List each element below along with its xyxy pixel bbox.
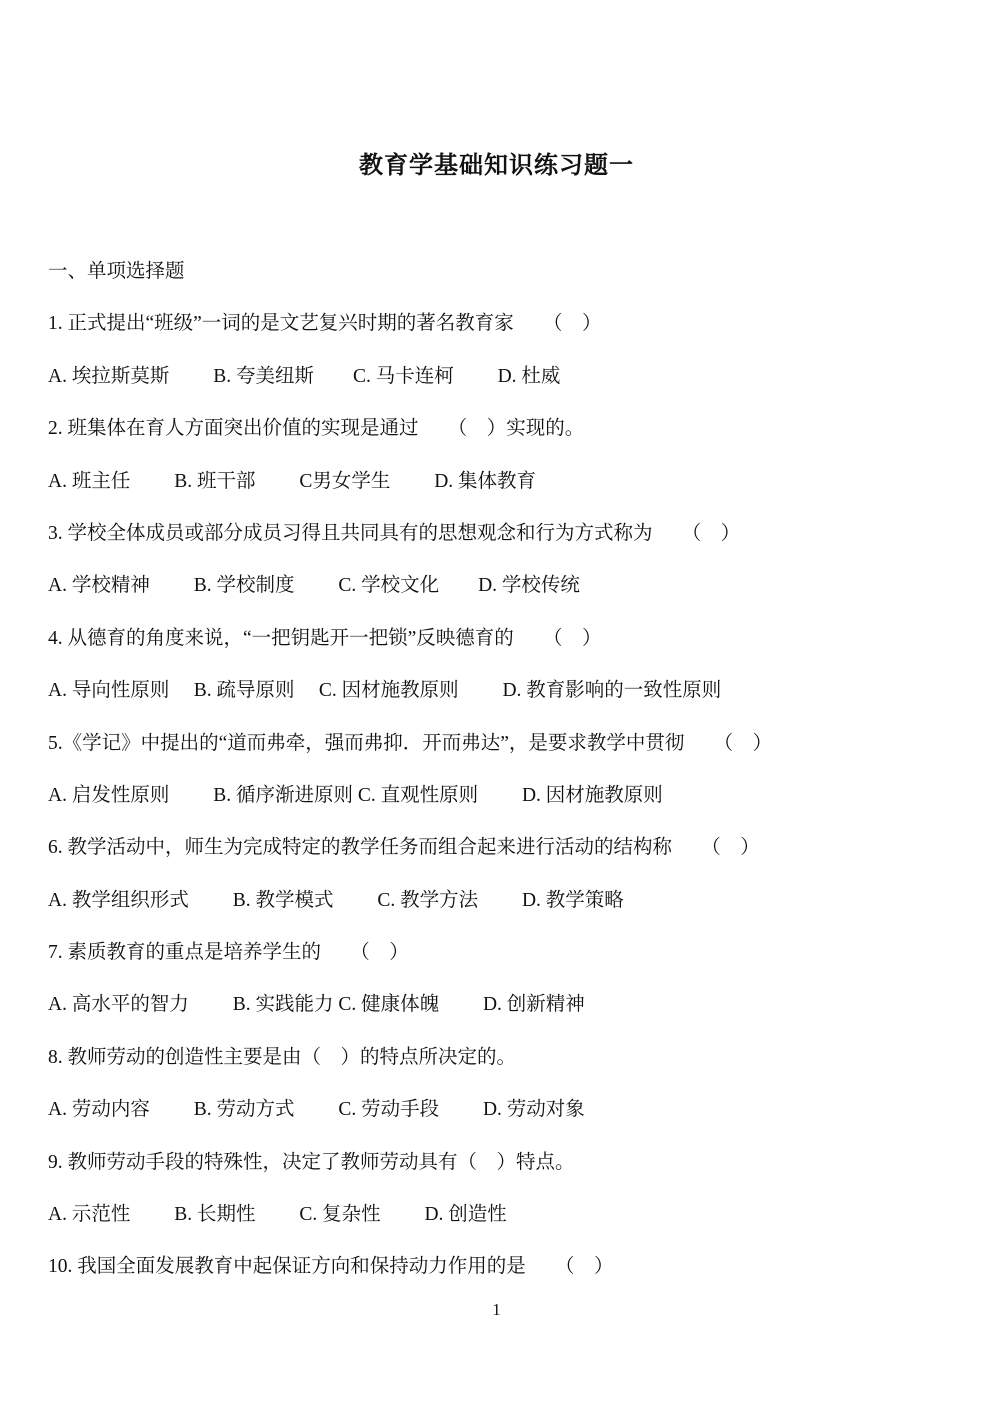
question-9-stem: 9. 教师劳动手段的特殊性，决定了教师劳动具有（ ）特点。 bbox=[48, 1137, 957, 1189]
question-3-stem: 3. 学校全体成员或部分成员习得且共同具有的思想观念和行为方式称为 （ ） bbox=[48, 508, 957, 560]
question-4-options: A. 导向性原则 B. 疏导原则 C. 因材施教原则 D. 教育影响的一致性原则 bbox=[48, 665, 957, 717]
question-9-options: A. 示范性 B. 长期性 C. 复杂性 D. 创造性 bbox=[48, 1189, 957, 1241]
question-6-stem: 6. 教学活动中，师生为完成特定的教学任务而组合起来进行活动的结构称 （ ） bbox=[48, 822, 957, 874]
question-5-options: A. 启发性原则 B. 循序渐进原则 C. 直观性原则 D. 因材施教原则 bbox=[48, 770, 957, 822]
section-heading: 一、单项选择题 bbox=[48, 246, 957, 298]
question-5-stem: 5.《学记》中提出的“道而弗牵，强而弗抑．开而弗达”，是要求教学中贯彻 （ ） bbox=[48, 718, 957, 770]
question-8-stem: 8. 教师劳动的创造性主要是由（ ）的特点所决定的。 bbox=[48, 1032, 957, 1084]
question-7-options: A. 高水平的智力 B. 实践能力 C. 健康体魄 D. 创新精神 bbox=[48, 979, 957, 1031]
question-2-options: A. 班主任 B. 班干部 C男女学生 D. 集体教育 bbox=[48, 456, 957, 508]
question-3-options: A. 学校精神 B. 学校制度 C. 学校文化 D. 学校传统 bbox=[48, 560, 957, 612]
page-number: 1 bbox=[0, 1298, 993, 1322]
question-list: 一、单项选择题 1. 正式提出“班级”一词的是文艺复兴时期的著名教育家 （ ） … bbox=[48, 246, 957, 1294]
page-title: 教育学基础知识练习题一 bbox=[0, 146, 993, 186]
question-6-options: A. 教学组织形式 B. 教学模式 C. 教学方法 D. 教学策略 bbox=[48, 875, 957, 927]
question-2-stem: 2. 班集体在育人方面突出价值的实现是通过 （ ）实现的。 bbox=[48, 403, 957, 455]
question-4-stem: 4. 从德育的角度来说，“一把钥匙开一把锁”反映德育的 （ ） bbox=[48, 613, 957, 665]
question-1-stem: 1. 正式提出“班级”一词的是文艺复兴时期的著名教育家 （ ） bbox=[48, 298, 957, 350]
question-1-options: A. 埃拉斯莫斯 B. 夸美纽斯 C. 马卡连柯 D. 杜威 bbox=[48, 351, 957, 403]
document-page: 教育学基础知识练习题一 一、单项选择题 1. 正式提出“班级”一词的是文艺复兴时… bbox=[0, 0, 993, 1404]
question-10-stem: 10. 我国全面发展教育中起保证方向和保持动力作用的是 （ ） bbox=[48, 1241, 957, 1293]
question-7-stem: 7. 素质教育的重点是培养学生的 （ ） bbox=[48, 927, 957, 979]
question-8-options: A. 劳动内容 B. 劳动方式 C. 劳动手段 D. 劳动对象 bbox=[48, 1084, 957, 1136]
